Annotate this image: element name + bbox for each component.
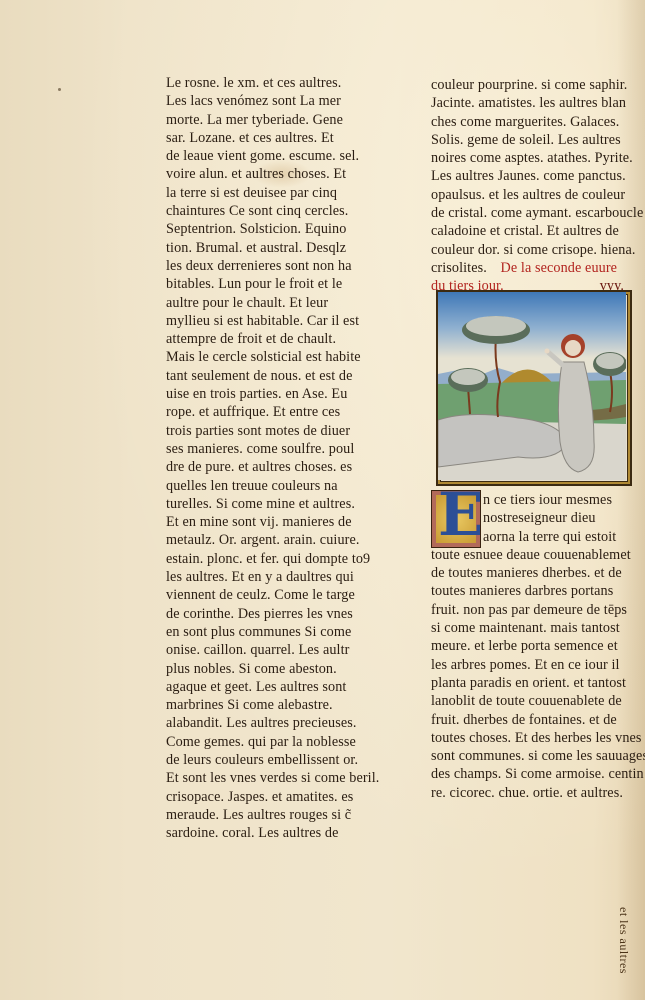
text-line: estain. plonc. et fer. qui dompte to9	[166, 550, 396, 568]
text-line: Et en mine sont vij. manieres de	[166, 513, 396, 531]
rubric-line: crisolites. De la seconde euure	[431, 259, 626, 277]
miniature-painting	[436, 290, 632, 486]
text-line: nostreseigneur dieu	[431, 509, 626, 527]
text-line: quelles len treuue couleurs na	[166, 477, 396, 495]
text-line: sont communes. si come les sauuages	[431, 747, 626, 765]
text-line: re. cicorec. chue. ortie. et aultres.	[431, 784, 626, 802]
text-line: Jacinte. amatistes. les aultres blan	[431, 94, 626, 112]
text-line: noires come asptes. atathes. Pyrite.	[431, 149, 626, 167]
text-line: couleur dor. si come crisope. hiena.	[431, 241, 626, 259]
text-line: voire alun. et aultres choses. Et	[166, 165, 396, 183]
text-line: lanoblit de toute couuenablete de	[431, 692, 626, 710]
text-line: tion. Brumal. et austral. Desqlz	[166, 239, 396, 257]
text-line: bitables. Lun pour le froit et le	[166, 275, 396, 293]
text-line: chaintures Ce sont cinq cercles.	[166, 202, 396, 220]
text-line: meure. et lerbe porta semence et	[431, 637, 626, 655]
left-text-column: Le rosne. le xm. et ces aultres.Les lacs…	[166, 74, 396, 842]
text-line: turelles. Si come mine et aultres.	[166, 495, 396, 513]
text-line: des champs. Si come armoise. centin	[431, 765, 626, 783]
text-line: morte. La mer tyberiade. Gene	[166, 111, 396, 129]
text-line: Septentrion. Solsticion. Equino	[166, 220, 396, 238]
text-line: de leaue vient gome. escume. sel.	[166, 147, 396, 165]
text-line: alabandit. Les aultres precieuses.	[166, 714, 396, 732]
text-line: sardoine. coral. Les aultres de	[166, 824, 396, 842]
text-line: onise. caillon. quarrel. Les aultr	[166, 641, 396, 659]
text-line: fruit. dherbes de fontaines. et de	[431, 711, 626, 729]
text-line: marbrines Si come alebastre.	[166, 696, 396, 714]
text-line: aorna la terre qui estoit	[431, 528, 626, 546]
text-line: myllieu si est habitable. Car il est	[166, 312, 396, 330]
right-text-column-bottom: n ce tiers iour mesmesnostreseigneur die…	[431, 491, 626, 802]
text-line: Et sont les vnes verdes si come beril.	[166, 769, 396, 787]
text-line: en sont plus communes Si come	[166, 623, 396, 641]
text-line: les arbres pomes. Et en ce iour il	[431, 656, 626, 674]
text-line: agaque et geet. Les aultres sont	[166, 678, 396, 696]
text-line: toute esnuee deaue couuenablemet	[431, 546, 626, 564]
text-line: trois parties sont motes de diuer	[166, 422, 396, 440]
text-line: Les lacs venómez sont La mer	[166, 92, 396, 110]
text-line: les aultres. Et en y a daultres qui	[166, 568, 396, 586]
text-line: meraude. Les aultres rouges si c̃	[166, 806, 396, 824]
text-line: les deux derrenieres sont non ha	[166, 257, 396, 275]
text-line: Les aultres Jaunes. come panctus.	[431, 167, 626, 185]
text-line: si come maintenant. mais tantost	[431, 619, 626, 637]
text-line: caladoine et cristal. Et aultres de	[431, 222, 626, 240]
text-line: Mais le cercle solsticial est habite	[166, 348, 396, 366]
text-line: opaulsus. et les aultres de couleur	[431, 186, 626, 204]
text-line: Solis. geme de soleil. Les aultres	[431, 131, 626, 149]
text-line: attempre de froit et de chault.	[166, 330, 396, 348]
margin-mark	[58, 88, 61, 91]
text-line: de corinthe. Des pierres les vnes	[166, 605, 396, 623]
text-line: fruit. non pas par demeure de tēps	[431, 601, 626, 619]
text-line: de toutes manieres dherbes. et de	[431, 564, 626, 582]
text-line: viennent de ceulz. Come le targe	[166, 586, 396, 604]
text-line: ses manieres. come soulfre. poul	[166, 440, 396, 458]
text-line: de leurs couleurs embellissent or.	[166, 751, 396, 769]
text-line: dre de pure. et aultres choses. es	[166, 458, 396, 476]
text-line: Le rosne. le xm. et ces aultres.	[166, 74, 396, 92]
text-line: rope. et auffrique. Et entre ces	[166, 403, 396, 421]
text-line: toutes manieres darbres portans	[431, 582, 626, 600]
text-line: crisopace. Jaspes. et amatites. es	[166, 788, 396, 806]
text-line: metaulz. Or. argent. arain. cuiure.	[166, 531, 396, 549]
text-line: toutes choses. Et des herbes les vnes	[431, 729, 626, 747]
text-line: la terre si est deuisee par cinq	[166, 184, 396, 202]
text-line: tant seulement de nous. et est de	[166, 367, 396, 385]
rubric-heading: De la seconde euure	[501, 260, 618, 276]
text-line: plus nobles. Si come abeston.	[166, 660, 396, 678]
text-line: planta paradis en orient. et tantost	[431, 674, 626, 692]
right-text-column-top: couleur pourprine. si come saphir.Jacint…	[431, 76, 626, 296]
text-line: couleur pourprine. si come saphir.	[431, 76, 626, 94]
text-line: uise en trois parties. en Ase. Eu	[166, 385, 396, 403]
text-line: n ce tiers iour mesmes	[431, 491, 626, 509]
text-line: Come gemes. qui par la noblesse	[166, 733, 396, 751]
text-line: crisolites.	[431, 260, 487, 276]
catchword: et les aultres	[616, 907, 631, 974]
text-line: de cristal. come aymant. escarboucle	[431, 204, 626, 222]
text-line: ches come marguerites. Galaces.	[431, 113, 626, 131]
text-line: aultre pour le chault. Et leur	[166, 294, 396, 312]
text-line: sar. Lozane. et ces aultres. Et	[166, 129, 396, 147]
creation-scene-illustration	[438, 292, 626, 480]
